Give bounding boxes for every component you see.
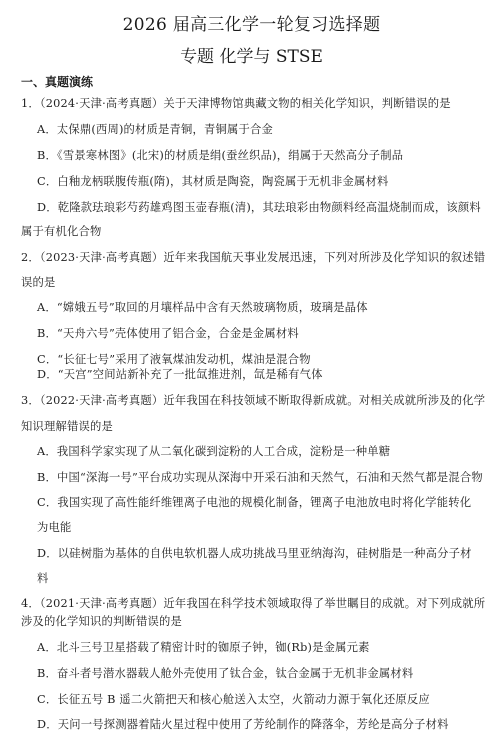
question-2-option-a: A．“嫦娥五号”取回的月壤样品中含有天然玻璃物质，玻璃是晶体 [37,300,368,316]
document-subtitle: 专题 化学与 STSE [0,46,503,68]
question-3-option-d-cont: 料 [37,571,49,587]
section-heading: 一、真题演练 [21,73,93,91]
question-4-option-c: C．长征五号 B 遥二火箭把天和核心舱送入太空，火箭动力源于氧化还原反应 [37,692,430,708]
question-2-option-d: D．“天宫”空间站新补充了一批氙推进剂，氙是稀有气体 [37,367,323,383]
question-1-option-d: D．乾隆款珐琅彩芍药雄鸡图玉壶春瓶(清)，其珐琅彩由物颜料经高温烧制而成，该颜料 [37,200,481,216]
question-2-stem: 2．（2023·天津·高考真题）近年来我国航天事业发展迅速，下列对所涉及化学知识… [21,250,485,266]
question-4-option-d: D．天问一号探测器着陆火星过程中使用了芳纶制作的降落伞，芳纶是高分子材料 [37,717,449,733]
question-1-option-d-cont: 属于有机化合物 [21,224,101,240]
question-3-option-c-cont: 为电能 [37,520,72,536]
question-1-stem: 1．（2024·天津·高考真题）关于天津博物馆典藏文物的相关化学知识，判断错误的… [21,96,451,112]
question-4-option-a: A．北斗三号卫星搭载了精密计时的铷原子钟，铷(Rb)是金属元素 [37,640,370,656]
question-3-option-d: D．以硅树脂为基体的自供电软机器人成功挑战马里亚纳海沟，硅树脂是一种高分子材 [37,546,472,562]
document-title: 2026 届高三化学一轮复习选择题 [0,14,503,36]
question-4-stem-cont: 涉及的化学知识的判断错误的是 [21,614,182,630]
question-3-stem: 3．（2022·天津·高考真题）近年我国在科技领域不断取得新成就。对相关成就所涉… [21,393,485,409]
question-4-option-b: B．奋斗者号潜水器载人舱外壳使用了钛合金，钛合金属于无机非金属材料 [37,666,413,682]
question-1-option-a: A．太保鼎(西周)的材质是青铜，青铜属于合金 [37,122,273,138]
question-3-option-a: A．我国科学家实现了从二氧化碳到淀粉的人工合成，淀粉是一种单糖 [37,444,390,460]
question-2-option-b: B．“天舟六号”壳体使用了铝合金，合金是金属材料 [37,326,299,342]
question-3-option-c: C．我国实现了高性能纤维锂离子电池的规模化制备，锂离子电池放电时将化学能转化 [37,495,471,511]
question-2-stem-cont: 误的是 [21,275,56,291]
question-3-stem-cont: 知识理解错误的是 [21,419,113,435]
question-2-option-c: C．“长征七号”采用了液氧煤油发动机，煤油是混合物 [37,352,311,368]
question-4-stem: 4．（2021·天津·高考真题）近年我国在科学技术领域取得了举世瞩目的成就。对下… [21,596,485,612]
question-1-option-c: C．白釉龙柄联腹传瓶(隋)，其材质是陶瓷，陶瓷属于无机非金属材料 [37,174,388,190]
question-1-option-b: B．《雪景寒林图》(北宋)的材质是绢(蚕丝织品)，绢属于天然高分子制品 [37,148,403,164]
question-3-option-b: B．中国“深海一号”平台成功实现从深海中开采石油和天然气，石油和天然气都是混合物 [37,470,483,486]
